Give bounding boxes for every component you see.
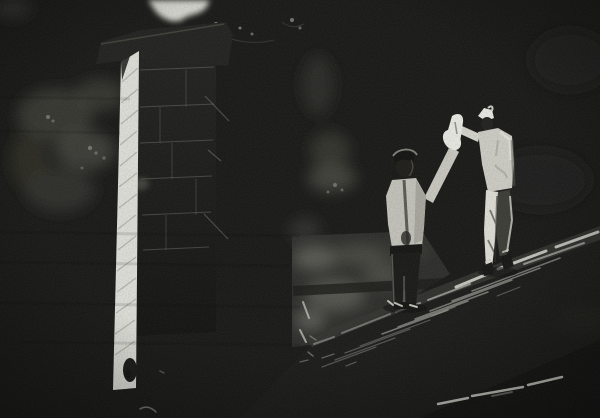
- photo-canvas: [0, 0, 600, 418]
- photograph: [0, 0, 600, 418]
- vignette: [0, 0, 600, 418]
